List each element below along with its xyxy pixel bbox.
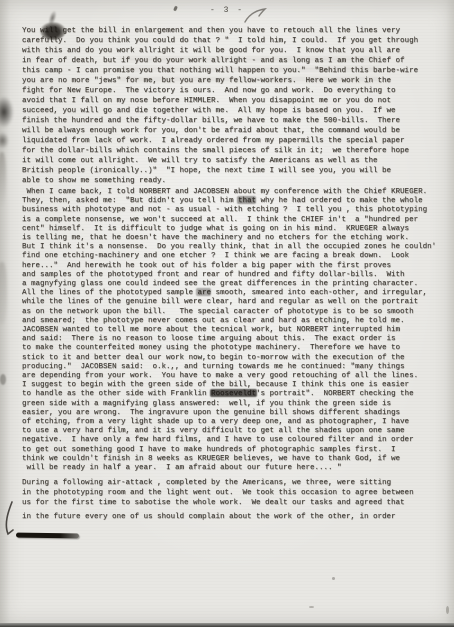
dust-speck [332, 577, 335, 580]
dust-speck [309, 606, 314, 608]
scan-bottom-edge [0, 623, 454, 627]
paragraph-conference-discussion: When I came back, I told NORBERT and JAC… [22, 188, 436, 473]
left-edge-stain [0, 96, 14, 128]
page-number: - 3 - [0, 6, 454, 15]
pen-underline-mark [16, 533, 79, 539]
dust-speck [446, 606, 449, 614]
left-edge-streak [0, 152, 6, 207]
left-edge-stain [0, 132, 9, 149]
paragraph-air-attack: During a following air-attack , complete… [22, 478, 414, 508]
pen-check-mark [1, 500, 19, 540]
left-edge-spot [0, 374, 6, 385]
scanned-page: - 3 - You will get the bill in enlargeme… [0, 0, 454, 627]
paragraph-air-attack-last-line: in the future every one of us should com… [22, 512, 396, 522]
paragraph-krueger-speech: You will get the bill in enlargement and… [22, 26, 418, 186]
left-edge-streak [0, 262, 7, 324]
